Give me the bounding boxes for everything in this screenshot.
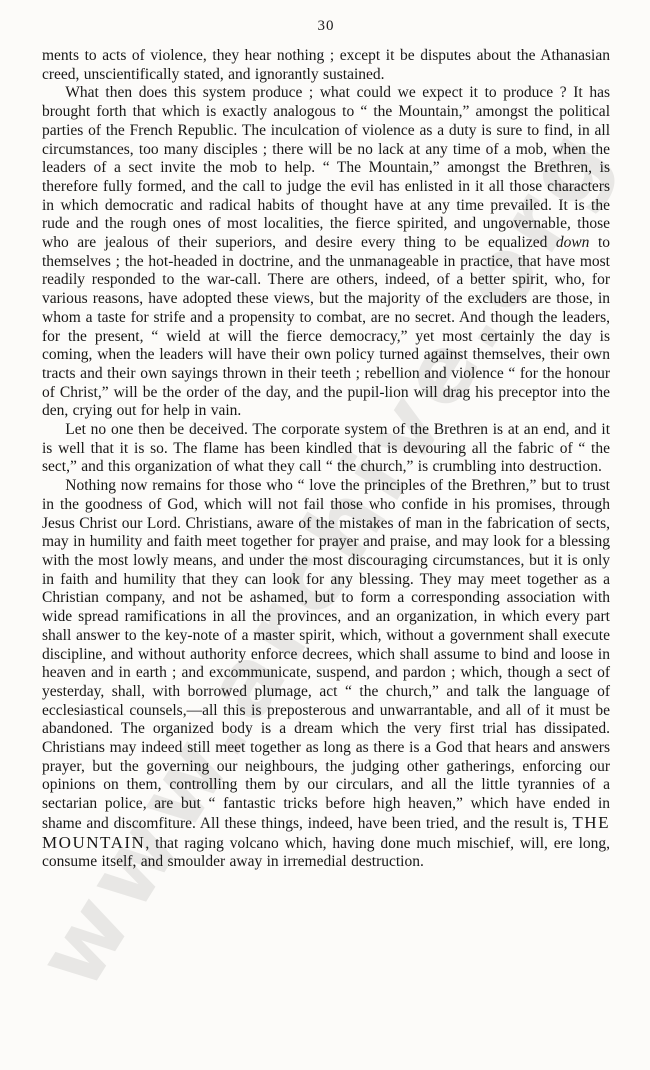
page-content: 30 ments to acts of violence, they hear … <box>0 0 650 872</box>
paragraph-corporate-system: Let no one then be deceived. The corpora… <box>42 421 610 477</box>
paragraph-text: to themselves ; the hot-headed in doctri… <box>42 234 610 419</box>
paragraph-text: Nothing now remains for those who “ love… <box>42 477 610 832</box>
body-text: ments to acts of violence, they hear not… <box>42 47 610 872</box>
paragraph-mountain-analogy: What then does this system produce ; wha… <box>42 84 610 421</box>
page-number: 30 <box>42 18 610 35</box>
book-page: www.archive.org 30 ments to acts of viol… <box>0 0 650 1070</box>
paragraph-text: Let no one then be deceived. The corpora… <box>42 421 610 475</box>
paragraph-conclusion: Nothing now remains for those who “ love… <box>42 477 610 872</box>
paragraph-continuation: ments to acts of violence, they hear not… <box>42 47 610 84</box>
italic-word: down <box>556 234 590 251</box>
paragraph-text: What then does this system produce ; wha… <box>42 84 610 251</box>
paragraph-text: ments to acts of violence, they hear not… <box>42 47 610 83</box>
